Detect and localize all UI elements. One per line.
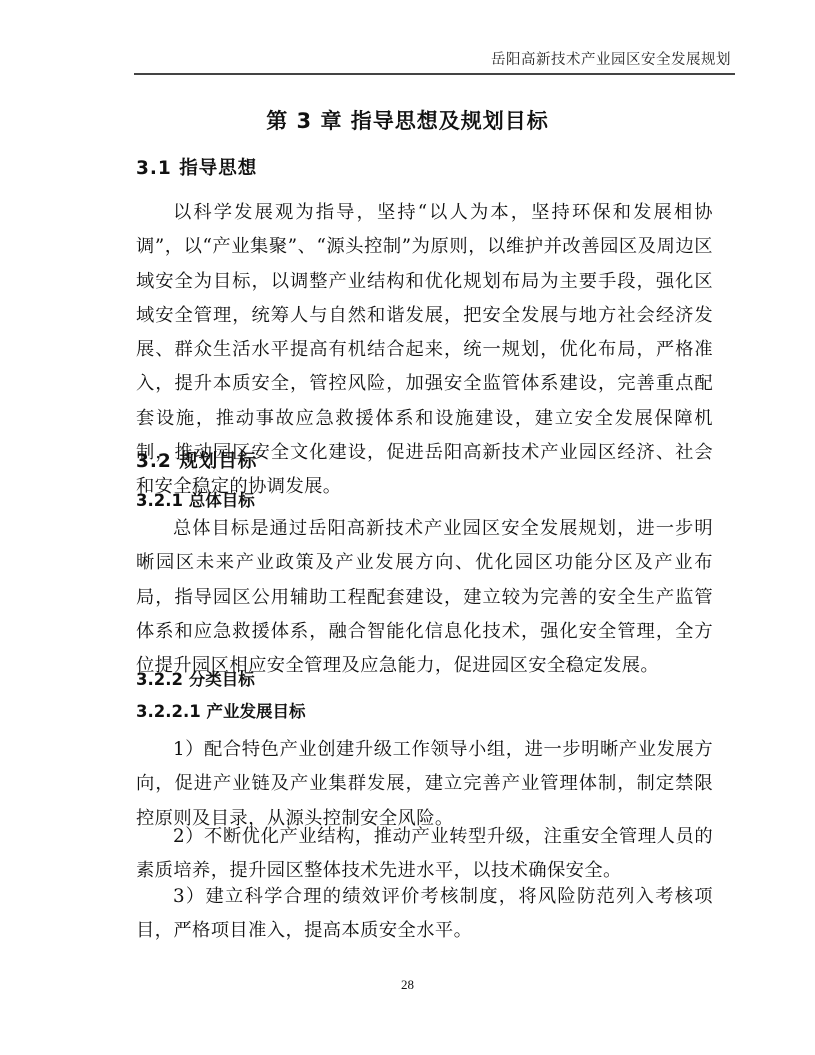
list-item-industry-goal-2: 2）不断优化产业结构，推动产业转型升级，注重安全管理人员的素质培养，提升园区整体…: [136, 820, 713, 889]
section-heading-3-2-1: 3.2.1 总体目标: [136, 489, 255, 513]
section-heading-3-2: 3.2 规划目标: [136, 449, 257, 475]
chapter-title: 第 3 章 指导思想及规划目标: [0, 106, 815, 136]
section-heading-3-2-2: 3.2.2 分类目标: [136, 668, 255, 692]
section-heading-3-2-2-1: 3.2.2.1 产业发展目标: [136, 700, 305, 724]
running-title: 岳阳高新技术产业园区安全发展规划: [491, 50, 731, 70]
page-header: 岳阳高新技术产业园区安全发展规划: [134, 50, 735, 75]
section-heading-3-1: 3.1 指导思想: [136, 156, 257, 182]
list-item-industry-goal-3: 3）建立科学合理的绩效评价考核制度，将风险防范列入考核项目，严格项目准入，提高本…: [136, 880, 713, 949]
page-number: 28: [0, 977, 815, 993]
paragraph-overall-goal: 总体目标是通过岳阳高新技术产业园区安全发展规划，进一步明晰园区未来产业政策及产业…: [136, 512, 713, 683]
